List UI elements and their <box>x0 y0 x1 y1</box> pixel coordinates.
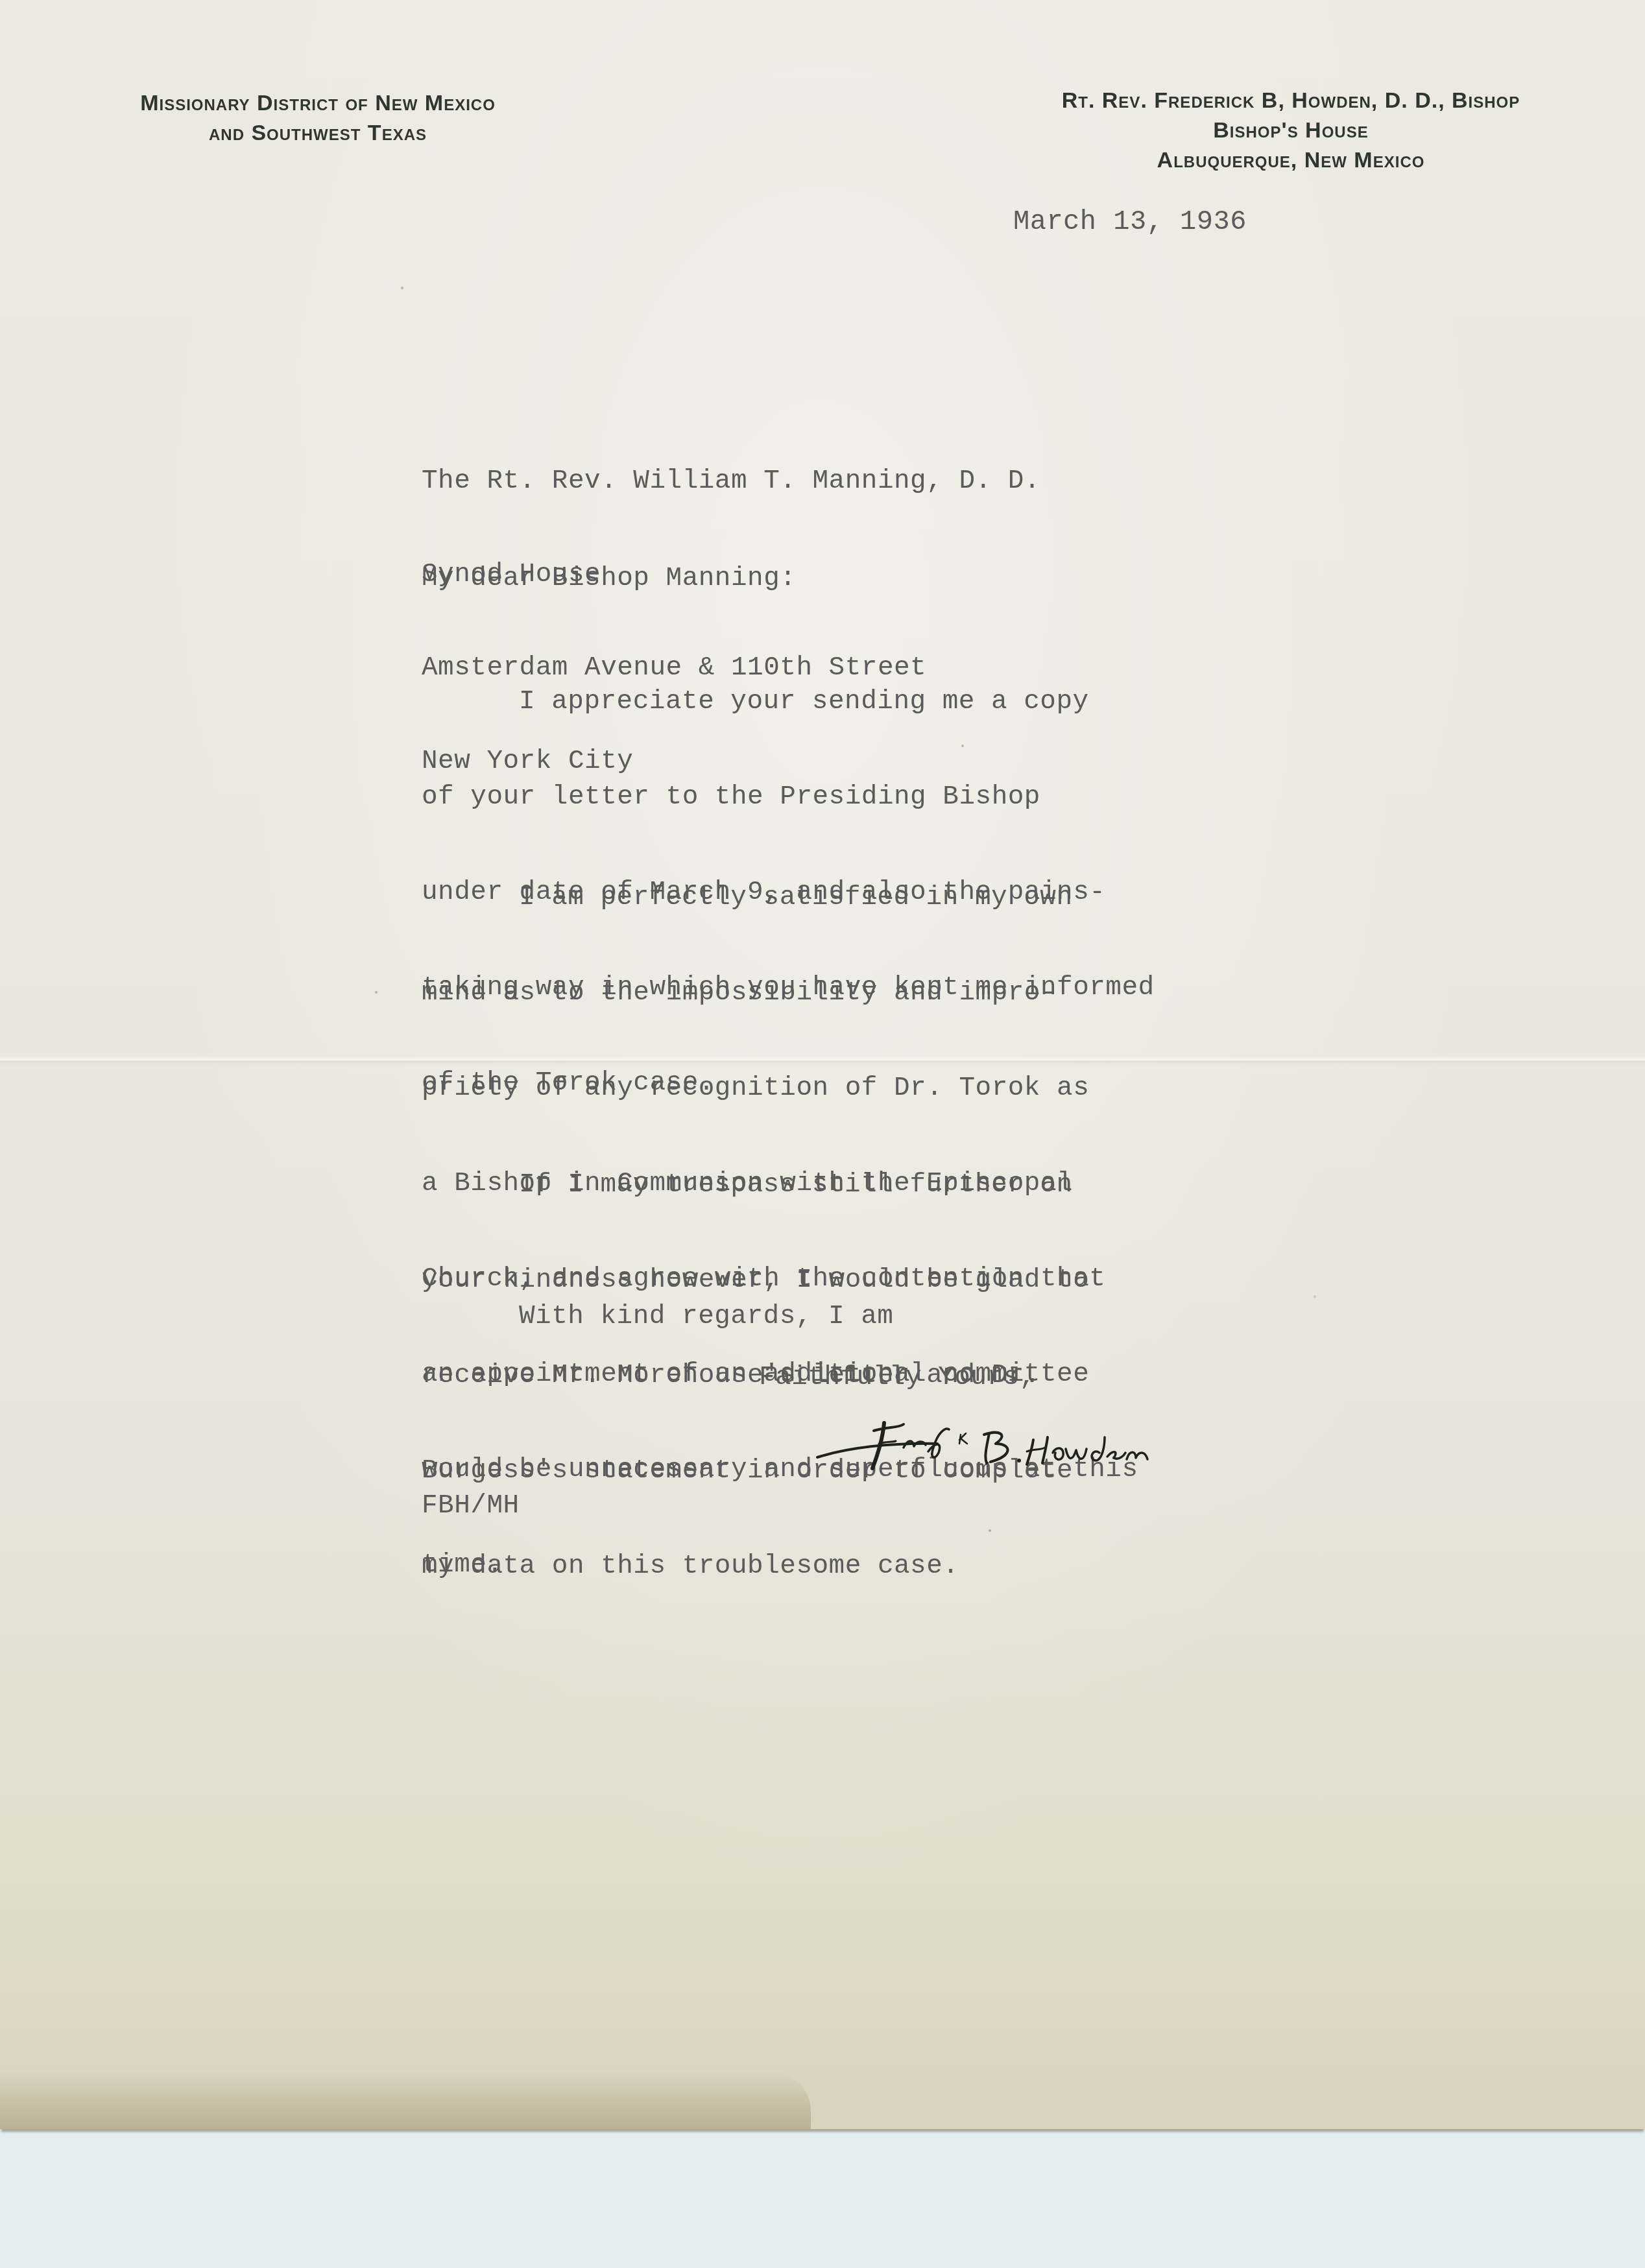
signature-scribble-icon <box>775 1401 1197 1479</box>
paper-speck <box>401 287 403 289</box>
letterhead-bishop-house: Bishop's House <box>992 115 1589 145</box>
paragraph-line: priety of any recognition of Dr. Torok a… <box>422 1073 1138 1104</box>
valediction: Faithfully Yours, <box>759 1362 1036 1394</box>
paper-stain <box>0 2072 811 2129</box>
paragraph-line: of your letter to the Presiding Bishop <box>422 782 1155 813</box>
closing-line: With kind regards, I am <box>519 1301 893 1333</box>
paragraph-line: I am perfectly satisfied in my own <box>422 882 1138 914</box>
recipient-name: The Rt. Rev. William T. Manning, D. D. <box>422 466 1040 497</box>
paper-speck <box>375 991 378 994</box>
letter-date: March 13, 1936 <box>1013 206 1247 238</box>
letter-page: Missionary District of New Mexico and So… <box>0 0 1645 2129</box>
paragraph-line: mind as to the impossibility and impro- <box>422 977 1138 1009</box>
letterhead-bishop: Rt. Rev. Frederick B, Howden, D. D., Bis… <box>992 86 1589 175</box>
handwritten-signature: Fred'k B. Howden <box>775 1401 1197 1479</box>
letterhead-bishop-city: Albuquerque, New Mexico <box>992 145 1589 175</box>
paragraph-line: my data on this troublesome case. <box>422 1551 1089 1582</box>
paragraph-line: I appreciate your sending me a copy <box>422 686 1155 718</box>
typist-initials: FBH/MH <box>422 1490 520 1522</box>
letterhead-district: Missionary District of New Mexico and So… <box>91 88 545 148</box>
letterhead-bishop-name: Rt. Rev. Frederick B, Howden, D. D., Bis… <box>992 86 1589 115</box>
paragraph-line: your kindness however, I would be glad t… <box>422 1265 1089 1296</box>
paper-speck <box>1314 1295 1316 1298</box>
letterhead-district-line-1: Missionary District of New Mexico <box>91 88 545 118</box>
salutation: My dear Bishop Manning: <box>422 563 796 595</box>
letterhead-district-line-2: and Southwest Texas <box>91 118 545 148</box>
paragraph-line: If I may trespass still further on <box>422 1169 1089 1201</box>
